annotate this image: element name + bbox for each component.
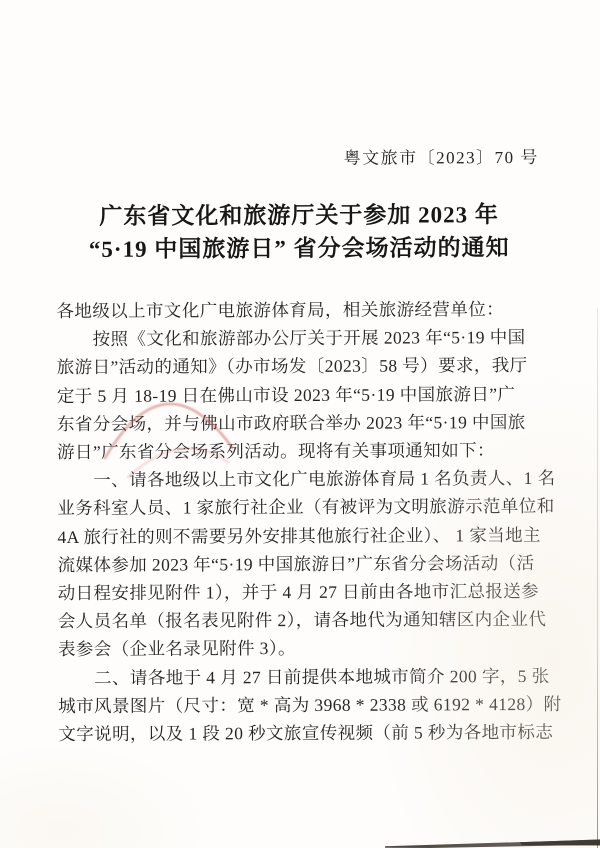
title-line-2: “5·19 中国旅游日” 省分会场活动的通知 (0, 231, 599, 267)
body-text-line: 4A 旅行社的则不需要另外安排其他旅行社企业）、 1 家当地主 (57, 521, 549, 551)
body-text-line: 表参会（企业名录见附件 3）。 (58, 633, 550, 663)
body-text-line: 流媒体参加 2023 年“5·19 中国旅游日”广东省分会场活动（活 (58, 549, 550, 579)
document-title: 广东省文化和旅游厅关于参加 2023 年 “5·19 中国旅游日” 省分会场活动… (0, 198, 599, 267)
body-text-line: 动日程安排见附件 1），并于 4 月 27 日前由各地市汇总报送参 (58, 577, 550, 607)
title-line-1: 广东省文化和旅游厅关于参加 2023 年 (0, 198, 599, 234)
body-text-line: 会人员名单（报名表见附件 2），请各地代为通知辖区内企业代 (58, 605, 550, 635)
body-text-line: 文字说明，以及 1 段 20 秒文旅宣传视频（前 5 秒为各地市标志 (58, 718, 550, 748)
body-text-line: 游日”广东省分会场系列活动。现将有关事项通知如下： (57, 436, 549, 466)
document-body: 各地级以上市文化广电旅游体育局，相关旅游经营单位：按照《文化和旅游部办公厅关于开… (56, 295, 550, 748)
document-reference-number: 粤文旅市〔2023〕70 号 (344, 143, 539, 169)
body-text-line: 定于 5 月 18-19 日在佛山市设 2023 年“5·19 中国旅游日”广 (57, 380, 549, 410)
body-text-line: 二、请各地于 4 月 27 日前提供本地城市简介 200 字，5 张 (58, 662, 550, 692)
body-text-line: 各地级以上市文化广电旅游体育局，相关旅游经营单位： (56, 295, 548, 325)
body-text-line: 东省分会场，并与佛山市政府联合举办 2023 年“5·19 中国旅 (57, 408, 549, 438)
document-content: 粤文旅市〔2023〕70 号 广东省文化和旅游厅关于参加 2023 年 “5·1… (0, 0, 600, 848)
scanned-document-page: 粤文旅市〔2023〕70 号 广东省文化和旅游厅关于参加 2023 年 “5·1… (0, 0, 600, 848)
body-text-line: 城市风景图片（尺寸：宽 * 高为 3968 * 2338 或 6192 * 41… (58, 690, 550, 720)
body-text-line: 旅游日”活动的通知》（办市场发〔2023〕58 号）要求，我厅 (57, 351, 549, 381)
body-text-line: 按照《文化和旅游部办公厅关于开展 2023 年“5·19 中国 (57, 323, 549, 353)
body-text-line: 业务科室人员、1 家旅行社企业（有被评为文明旅游示范单位和 (57, 492, 549, 522)
body-text-line: 一、请各地级以上市文化广电旅游体育局 1 名负责人、1 名 (57, 464, 549, 494)
